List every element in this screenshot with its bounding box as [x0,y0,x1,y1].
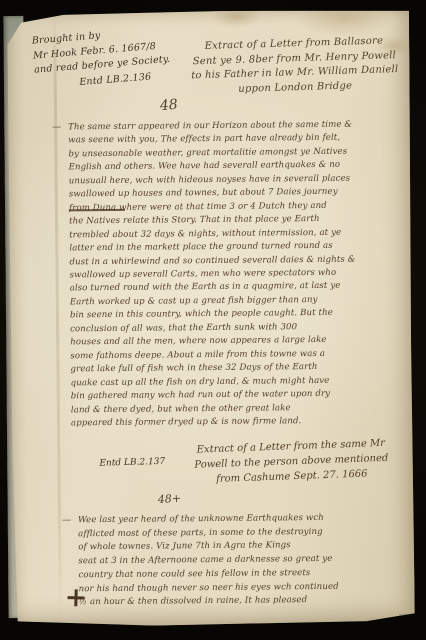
margin-cross-mark: + [64,582,87,614]
letter1-body: The same starr appeared in our Horizon a… [68,118,415,431]
folio-number-second: 48+ [157,492,181,506]
fold-crease [53,12,62,626]
registrar-annotation: Brought in by Mr Hook Febr. 6. 1667/8 an… [31,21,205,93]
folio-number: 48 [159,97,178,114]
manuscript-photo: Brought in by Mr Hook Febr. 6. 1667/8 an… [0,0,426,640]
corner-folio-number: 92 [399,613,408,621]
body-line: ½ an hour & then dissolved in raine, It … [79,593,423,610]
letter2-title: Extract of a Letter from the same Mr Pow… [179,436,404,488]
shelfmark-entry: Entd LB.2.137 [99,457,165,469]
margin-dash: — [62,515,71,525]
body-line: appeared this former dryed up & is now f… [71,414,415,431]
manuscript-page: Brought in by Mr Hook Febr. 6. 1667/8 an… [7,9,415,627]
letter1-title: Extract of a Letter from Ballasore Sent … [183,34,407,99]
margin-dash: — [52,122,61,132]
letter2-body: Wee last year heard of the unknowne Eart… [78,511,423,610]
